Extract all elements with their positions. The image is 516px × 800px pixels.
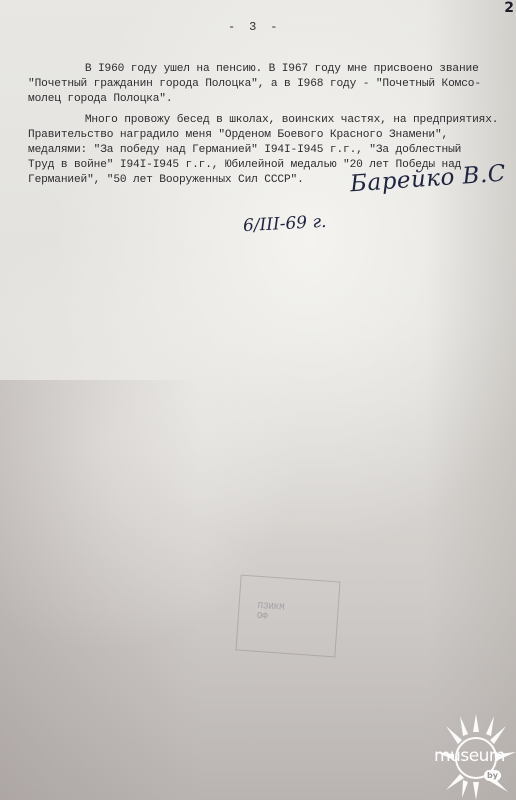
text-line: "Почетный гражданин города Полоцка", а в… [28,78,481,90]
photo-shading [0,380,200,800]
watermark-label: museum [434,746,505,766]
watermark-suffix: by [484,770,501,781]
text-line: медалями: "За победу над Германией" I94I… [28,144,461,156]
text-line: Правительство наградило меня "Орденом Бо… [28,129,448,141]
text-line: Много провожу бесед в школах, воинских ч… [52,114,498,126]
document-page: 2 - 3 - В I960 году ушел на пенсию. В I9… [0,0,516,800]
museum-watermark: museum by [432,712,516,800]
stamp-text: ПЗИКМ ОФ [257,601,285,623]
archive-stamp: ПЗИКМ ОФ [235,575,340,658]
text-line: молец города Полоцка". [28,93,172,105]
corner-page-mark: 2 [504,0,514,16]
handwritten-date: 6/III-69 г. [243,212,327,236]
page-number: - 3 - [228,20,277,34]
text-line: В I960 году ушел на пенсию. В I967 году … [52,63,479,75]
text-line: Германией", "50 лет Вооруженных Сил СССР… [28,174,304,186]
